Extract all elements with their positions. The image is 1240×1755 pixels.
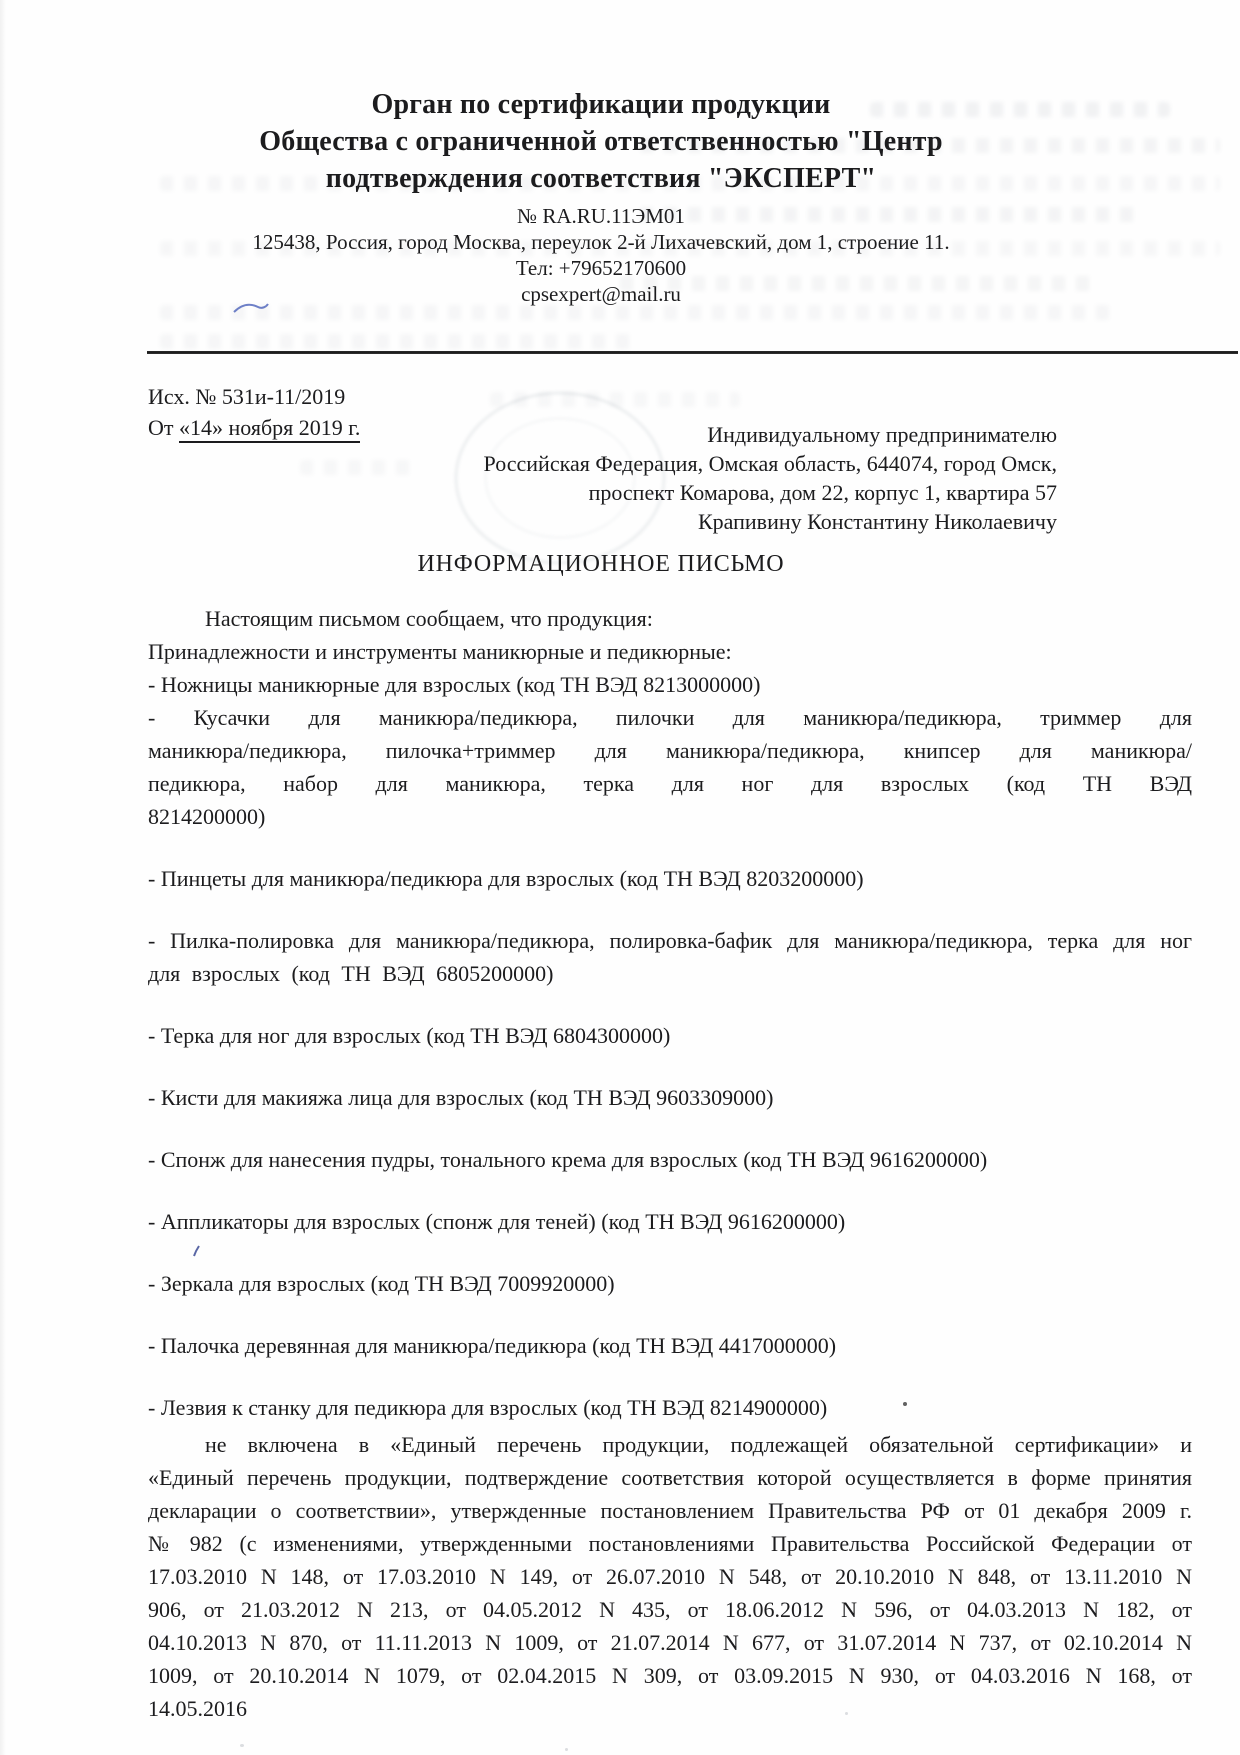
paper-speck [240, 1744, 244, 1747]
scanned-letter-page: Орган по сертификации продукции Общества… [0, 0, 1240, 1755]
letterhead-phone: Тел: +79652170600 [0, 255, 1202, 281]
addressee-line: Крапивину Константину Николаевичу [297, 507, 1057, 536]
product-item: - Кусачки для маникюра/педикюра, пилочки… [148, 701, 1192, 833]
bleed-through-row [160, 334, 640, 349]
product-item: - Спонж для нанесения пудры, тонального … [148, 1143, 1192, 1176]
product-item: - Аппликаторы для взрослых (спонж для те… [148, 1205, 1192, 1238]
date-prefix: От [148, 415, 179, 440]
product-item: - Пинцеты для маникюра/педикюра для взро… [148, 862, 1192, 895]
product-item: - Кисти для макияжа лица для взрослых (к… [148, 1081, 1192, 1114]
subject-title: ИНФОРМАЦИОННОЕ ПИСЬМО [0, 551, 1202, 578]
org-title-line-2: Общества с ограниченной ответственностью… [0, 123, 1202, 160]
org-title: Орган по сертификации продукции Общества… [0, 86, 1202, 197]
product-item: - Зеркала для взрослых (код ТН ВЭД 70099… [148, 1267, 1192, 1300]
intro-line: Настоящим письмом сообщаем, что продукци… [148, 602, 1192, 635]
org-title-line-3: подтверждения соответствия "ЭКСПЕРТ" [0, 160, 1202, 197]
addressee-line: Российская Федерация, Омская область, 64… [297, 449, 1057, 478]
product-item: - Палочка деревянная для маникюра/педикю… [148, 1329, 1192, 1362]
letterhead-address: 125438, Россия, город Москва, переулок 2… [0, 229, 1202, 255]
outgoing-number: Исх. № 531и-11/2019 [148, 381, 360, 412]
letterhead: Орган по сертификации продукции Общества… [0, 86, 1202, 307]
bleed-through-row [160, 305, 1110, 320]
addressee-line: Индивидуальному предпринимателю [297, 420, 1057, 449]
addressee-line: проспект Комарова, дом 22, корпус 1, ква… [297, 478, 1057, 507]
closing-paragraph: не включена в «Единый перечень продукции… [148, 1428, 1192, 1725]
paper-speck [565, 1748, 568, 1751]
product-item: - Пилка-полировка для маникюра/педикюра,… [148, 924, 1192, 990]
category-line: Принадлежности и инструменты маникюрные … [148, 635, 1192, 668]
product-item: - Ножницы маникюрные для взрослых (код Т… [148, 668, 1192, 701]
letter-body: Настоящим письмом сообщаем, что продукци… [148, 602, 1192, 1725]
product-item: - Терка для ног для взрослых (код ТН ВЭД… [148, 1019, 1192, 1052]
letterhead-divider-rule [147, 351, 1238, 354]
registry-number: № RA.RU.11ЭМ01 [0, 203, 1202, 229]
letterhead-email: cpsexpert@mail.ru [0, 281, 1202, 307]
org-title-line-1: Орган по сертификации продукции [0, 86, 1202, 123]
product-item: - Лезвия к станку для педикюра для взрос… [148, 1391, 1192, 1424]
addressee-block: Индивидуальному предпринимателю Российск… [297, 420, 1057, 536]
